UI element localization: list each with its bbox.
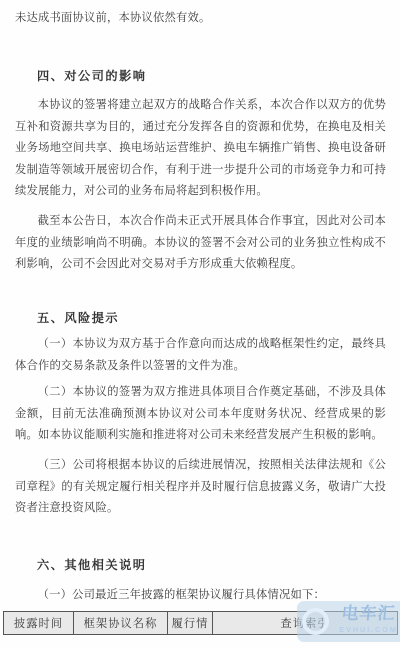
watermark-domain-text: EVHUI.COM: [331, 625, 400, 635]
evhui-watermark: 电车汇 EVHUI.COM: [297, 601, 400, 642]
section6-heading: 六、其他相关说明: [37, 556, 147, 573]
watermark-text-block: 电车汇 EVHUI.COM: [331, 603, 400, 635]
section4-heading: 四、对公司的影响: [37, 67, 147, 84]
continuation-paragraph: 未达成书面协议前，本协议依然有效。: [15, 8, 386, 30]
watermark-circle-icon: [302, 608, 329, 635]
watermark-logo-text: 电车汇: [330, 603, 400, 625]
table-header-performance-status: 履行情: [168, 612, 213, 635]
section5-item-2: （二）本协议的签署为双方推进具体项目合作奠定基础，不涉及具体金额，目前无法准确预…: [15, 382, 386, 447]
section4-paragraph-1: 本协议的签署将建立起双方的战略合作关系，本次合作以双方的优势互补和资源共享为目的…: [15, 95, 386, 203]
document-page: 未达成书面协议前，本协议依然有效。 四、对公司的影响 本协议的签署将建立起双方的…: [0, 0, 400, 648]
section5-item-3: （三）公司将根据本协议的后续进展情况，按照相关法律法规和《公司章程》的有关规定履…: [15, 455, 386, 520]
section4-paragraph-2: 截至本公告日，本次合作尚未正式开展具体合作事宜，因此对公司本年度的业绩影响尚不明…: [15, 211, 386, 276]
section5-heading: 五、风险提示: [37, 309, 119, 326]
table-header-agreement-name: 框架协议名称: [74, 612, 168, 635]
table-header-disclosure-time: 披露时间: [4, 612, 74, 635]
section5-item-1: （一）本协议为双方基于合作意向而达成的战略框架性约定，最终具体合作的交易条款及条…: [15, 334, 386, 377]
